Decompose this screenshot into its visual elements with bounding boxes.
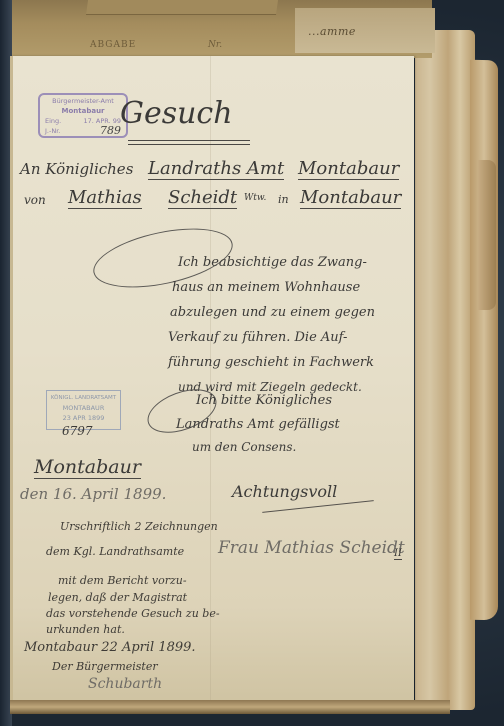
closing-date: den 16. April 1899. [20,485,166,503]
endorsement-line-3: mit dem Bericht vorzu- [58,574,187,587]
stamp-office: Bürgermeister-Amt [40,96,126,106]
stamp-jnr-label: J.-Nr. [45,126,60,136]
sender-first-name: Mathias [68,187,142,209]
sender-suffix: Wtw. [244,193,266,203]
torn-page-edge [478,160,496,310]
body-line-4: Verkauf zu führen. Die Auf- [168,330,347,345]
page-stack-edge-outer [470,60,498,620]
endorsement-date: Montabaur 22 April 1899. [24,640,196,655]
receipt-stamp: Bürgermeister-Amt Montabaur Eing. 17. AP… [38,93,128,138]
endorsement-line-6: urkunden hat. [46,623,125,636]
folder-label: ...amme [308,25,356,38]
sender-place: Montabaur [300,187,401,209]
endorsement-line-4: legen, daß der Magistrat [48,591,187,604]
landrat-stamp-date: 23 APR 1899 [47,413,120,423]
request-line-1: Ich bitte Königliches [196,393,332,408]
sender-last-name: Scheidt [168,187,237,209]
request-line-3: um den Consens. [192,440,296,454]
endorsement-line-2: dem Kgl. Landrathsamte [46,545,184,558]
closing-salutation: Achtungsvoll [232,482,337,501]
endorsement-title: Der Bürgermeister [52,660,158,673]
landrat-stamp-number: 6797 [62,424,93,438]
folder-tab [86,0,278,15]
addressee-prefix: An Königliches [20,160,133,178]
folder-printed-number: Nr. [208,40,222,50]
sender-place-prefix: in [278,193,289,206]
body-line-5: führung geschieht in Fachwerk [168,355,374,370]
closing-place: Montabaur [34,456,141,479]
page-stack-edge [415,30,475,710]
addressee-office: Landraths Amt [148,158,284,180]
request-line-2: Landraths Amt gefälligst [176,417,340,432]
document-title: Gesuch [120,96,233,131]
addressee-place: Montabaur [298,158,399,180]
endorsement-line-1: Urschriftlich 2 Zeichnungen [60,520,218,533]
folder-top-strip: ...amme ABGABE Nr. [12,0,432,58]
body-line-1: Ich beabsichtige das Zwang- [178,255,367,270]
landrat-stamp-town: MONTABAUR [47,403,120,413]
body-line-2: haus an meinem Wohnhause [172,280,360,295]
landrat-stamp-office: KÖNIGL. LANDRATSAMT [47,393,120,403]
stamp-number: 789 [100,126,121,136]
sender-prefix: von [24,193,46,207]
mayor-signature: Schubarth [88,676,162,692]
title-underline [128,140,250,145]
applicant-signature: Frau Mathias Scheidt [218,538,405,558]
body-line-3: abzulegen und zu einem gegen [170,305,375,320]
stamp-eing-label: Eing. [45,116,61,126]
roman-numeral-mark: II [394,548,402,560]
stamp-town: Montabaur [40,106,126,116]
folder-printed-text: ABGABE [90,40,136,50]
endorsement-line-5: das vorstehende Gesuch zu be- [46,607,220,620]
folder-bottom-edge [10,700,450,714]
